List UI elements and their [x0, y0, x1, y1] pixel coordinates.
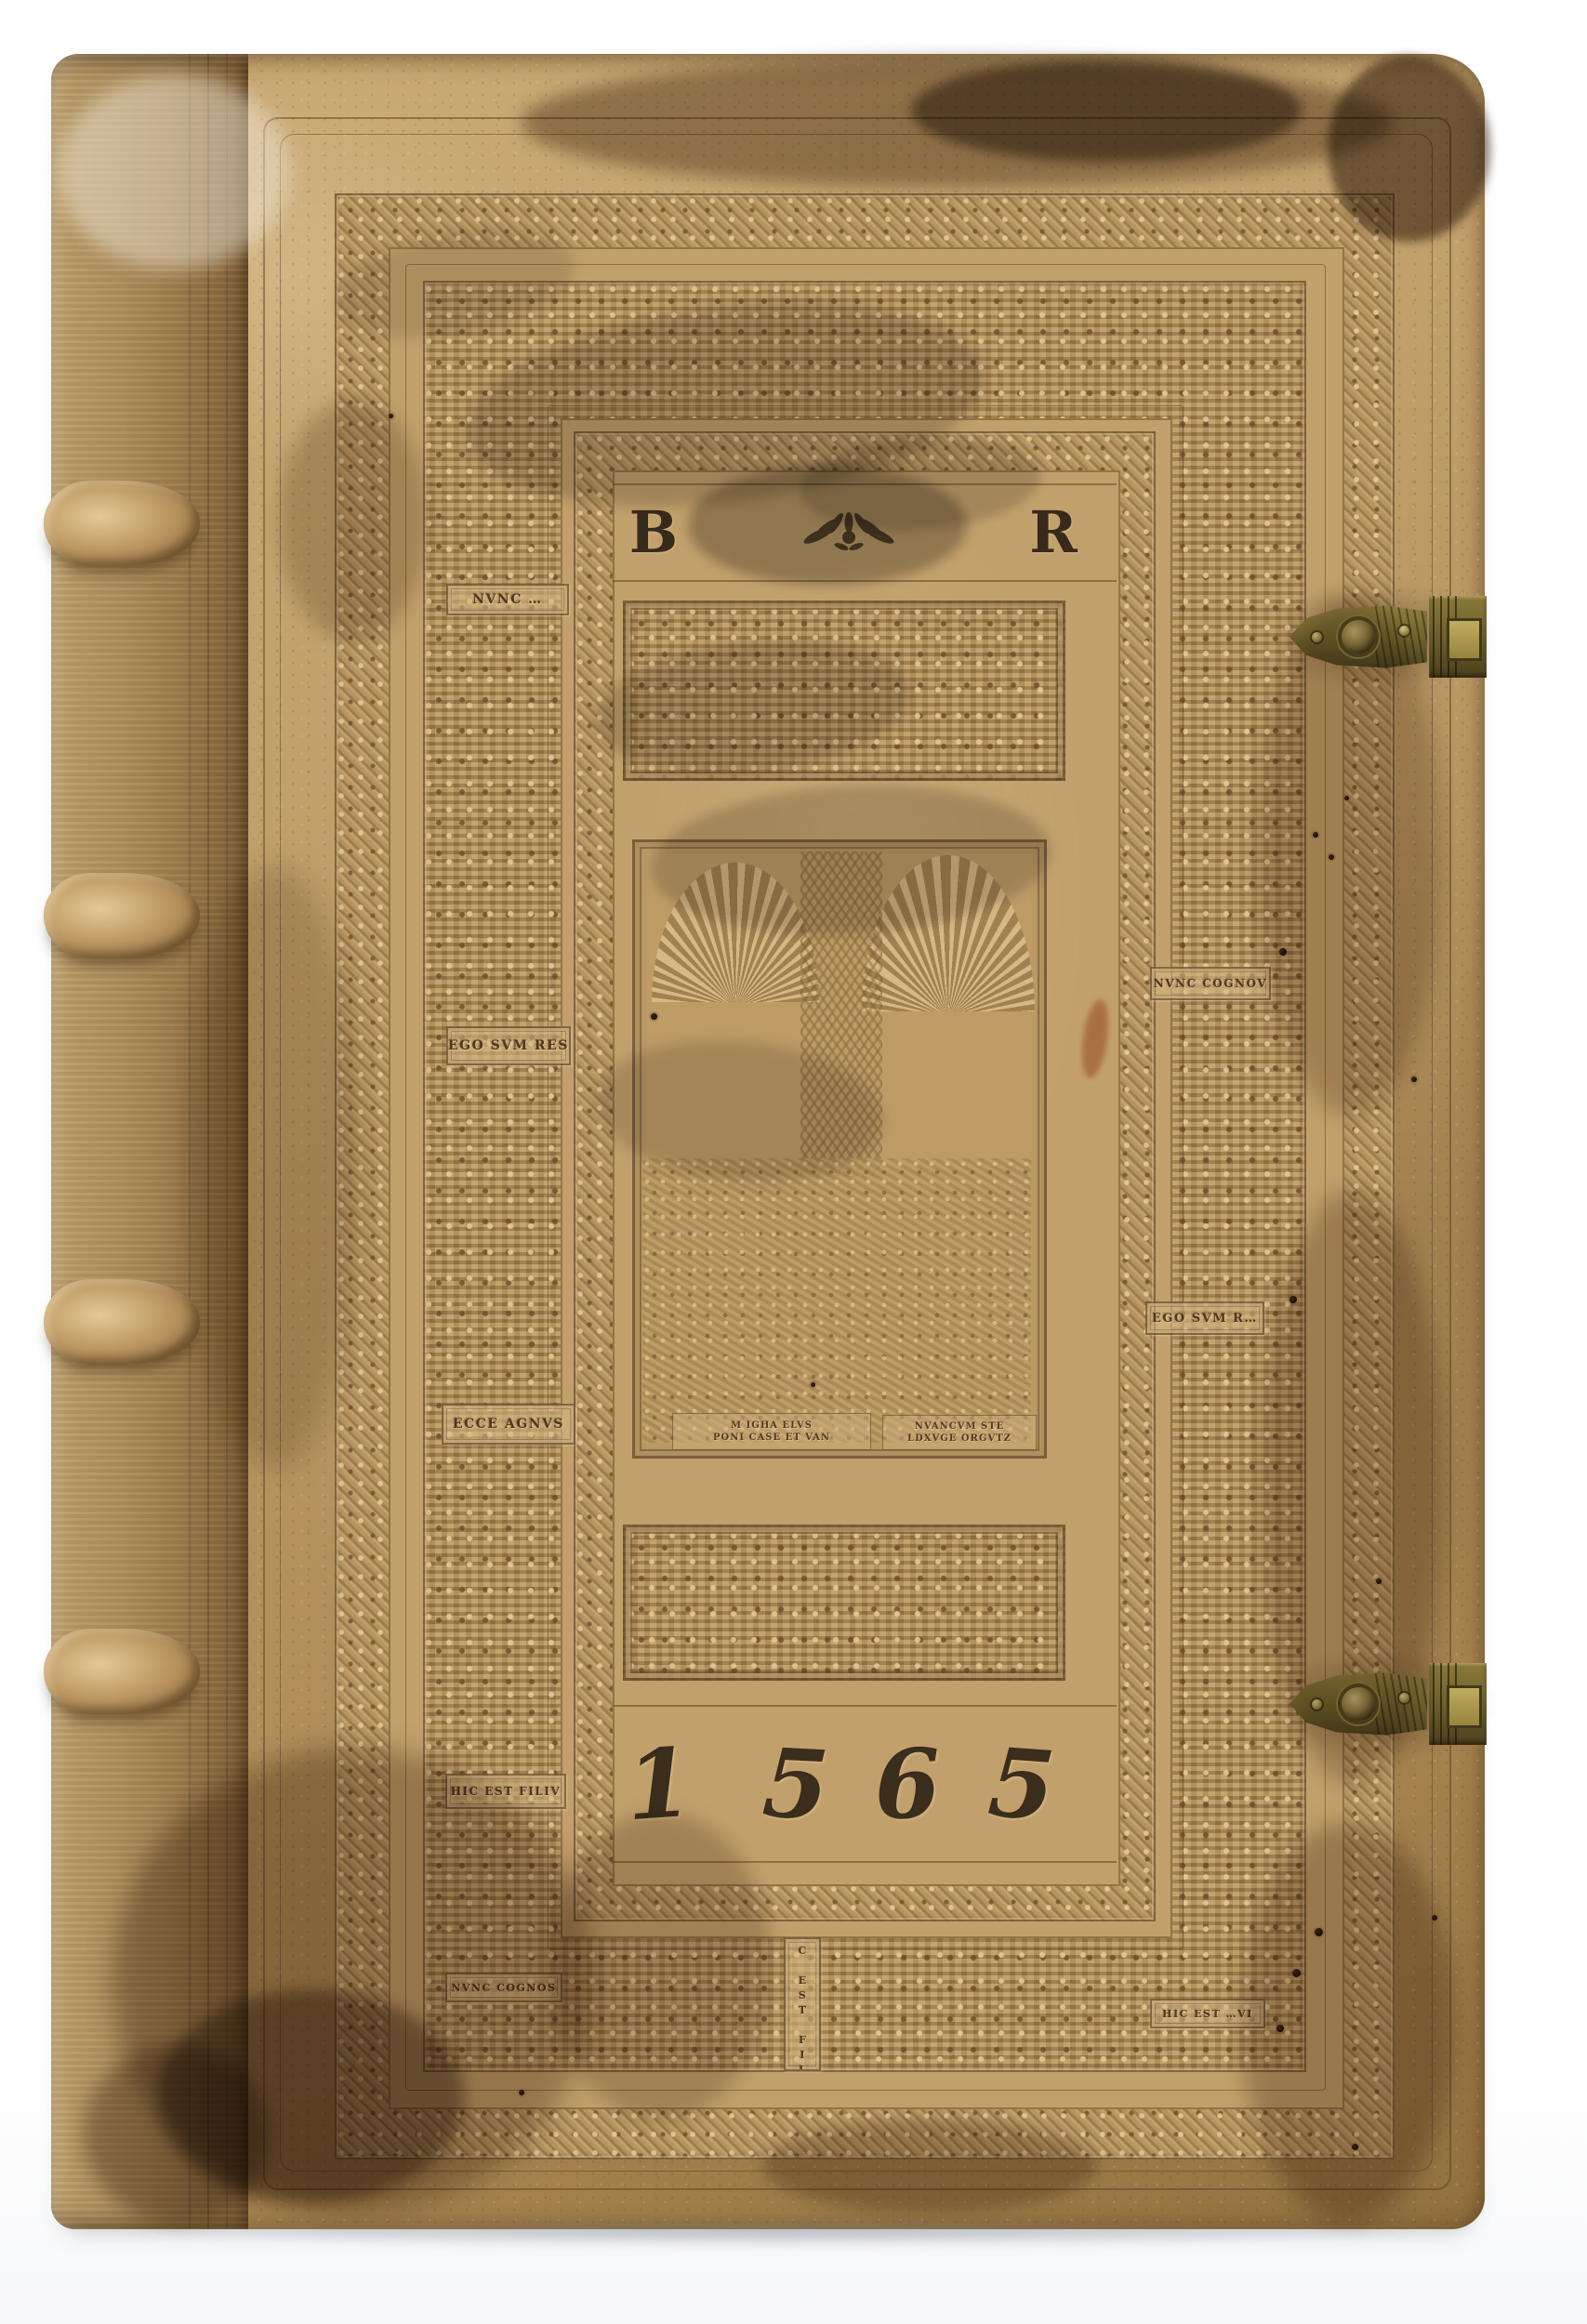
- feather-fan-motif: [652, 863, 819, 1002]
- inscription-line: NVANCVM STE: [915, 1421, 1005, 1432]
- arabesque-field: [642, 1158, 1031, 1443]
- spine-raised-band: [44, 481, 200, 566]
- clasp-boss: [1342, 1687, 1375, 1721]
- wormhole: [1376, 1578, 1382, 1584]
- clasp-boss: [1342, 620, 1375, 654]
- date-digit: 5: [975, 1722, 1069, 1848]
- lower-figured-panel: [623, 1525, 1065, 1681]
- book-cover-photograph: B R M IGHA ELVS: [0, 0, 1587, 2324]
- stamp-label-vertical: HIC EST FILI: [784, 1937, 821, 2071]
- wormhole: [1313, 832, 1318, 838]
- fillet-line: [613, 483, 1117, 485]
- stamp-label: NVNC …: [446, 584, 569, 615]
- book: B R M IGHA ELVS: [51, 54, 1485, 2229]
- date-digit: 1: [613, 1722, 707, 1848]
- date-digit: 5: [750, 1723, 842, 1848]
- clasp-hinge-plate: [1429, 1663, 1487, 1745]
- stamp-label: NVNC COGNOS: [445, 1973, 562, 2002]
- stamp-label: HIC EST …VI: [1150, 1999, 1265, 2028]
- clasp-rivet: [1312, 1699, 1322, 1710]
- clasp-rivet: [1312, 632, 1322, 642]
- drop-shadow: [112, 2224, 1441, 2248]
- wormhole: [1411, 1076, 1417, 1082]
- top-clasp: [1289, 588, 1487, 685]
- spine-hinge-line: [189, 54, 191, 2229]
- clasp-strap-pin: [1447, 1685, 1482, 1728]
- plume-motif: [800, 852, 882, 1177]
- spine-raised-band: [44, 1279, 200, 1365]
- stamp-label: HIC EST FILIV: [445, 1774, 566, 1809]
- wormhole: [389, 414, 393, 418]
- wormhole: [1292, 1969, 1301, 1977]
- wormhole: [1432, 1915, 1437, 1921]
- wormhole: [1279, 948, 1287, 956]
- stamp-label: EGO SVM R…: [1145, 1301, 1264, 1335]
- feather-fan-motif: [862, 855, 1035, 1011]
- roll-signature-cartouche-left: M IGHA ELVS PONI CASE ET VAN: [672, 1413, 871, 1450]
- wormhole: [1315, 1928, 1323, 1936]
- clasp-strap-pin: [1447, 618, 1482, 661]
- clasp-engraving: [1373, 1669, 1427, 1739]
- owner-initial-r: R: [1025, 498, 1081, 567]
- roll-signature-cartouche-right: NVANCVM STE LDXVGE ORGVTZ: [882, 1415, 1037, 1450]
- clasp-rivet: [1399, 626, 1409, 636]
- spine-hinge-line: [226, 54, 228, 2229]
- spine-creases: [51, 54, 248, 2229]
- winged-palmette-stamp: [798, 508, 900, 558]
- upper-figured-panel: [623, 601, 1065, 781]
- book-spine: [51, 54, 248, 2229]
- stamp-label: ECCE AGNVS: [442, 1404, 575, 1445]
- date-digit: 6: [863, 1723, 952, 1846]
- clasp-hinge-plate: [1429, 596, 1487, 678]
- fillet-line: [613, 580, 1117, 582]
- stamp-label: EGO SVM RES: [446, 1026, 571, 1065]
- stamp-label: NVNC COGNOV: [1150, 967, 1271, 1000]
- clasp-rivet: [1399, 1693, 1409, 1703]
- fillet-line: [613, 1861, 1117, 1863]
- clasp-engraving: [1373, 601, 1427, 672]
- fillet-line: [613, 1705, 1117, 1707]
- wormhole: [1352, 2144, 1358, 2150]
- wormhole: [651, 1013, 657, 1020]
- wormhole: [519, 2090, 524, 2095]
- wormhole: [1344, 796, 1349, 800]
- wormhole: [1276, 2025, 1284, 2032]
- spine-raised-band: [44, 873, 200, 958]
- central-arabesque-panel: [632, 839, 1047, 1459]
- bottom-clasp: [1289, 1656, 1487, 1752]
- wormhole: [811, 1382, 815, 1387]
- spine-raised-band: [44, 1629, 200, 1714]
- inscription-line: PONI CASE ET VAN: [713, 1433, 830, 1443]
- inscription-line: M IGHA ELVS: [731, 1420, 813, 1431]
- wormhole: [1329, 854, 1334, 860]
- owner-initial-b: B: [626, 498, 681, 567]
- inscription-line: LDXVGE ORGVTZ: [907, 1433, 1012, 1444]
- spine-hinge-line: [207, 54, 209, 2229]
- wormhole: [1289, 1296, 1297, 1303]
